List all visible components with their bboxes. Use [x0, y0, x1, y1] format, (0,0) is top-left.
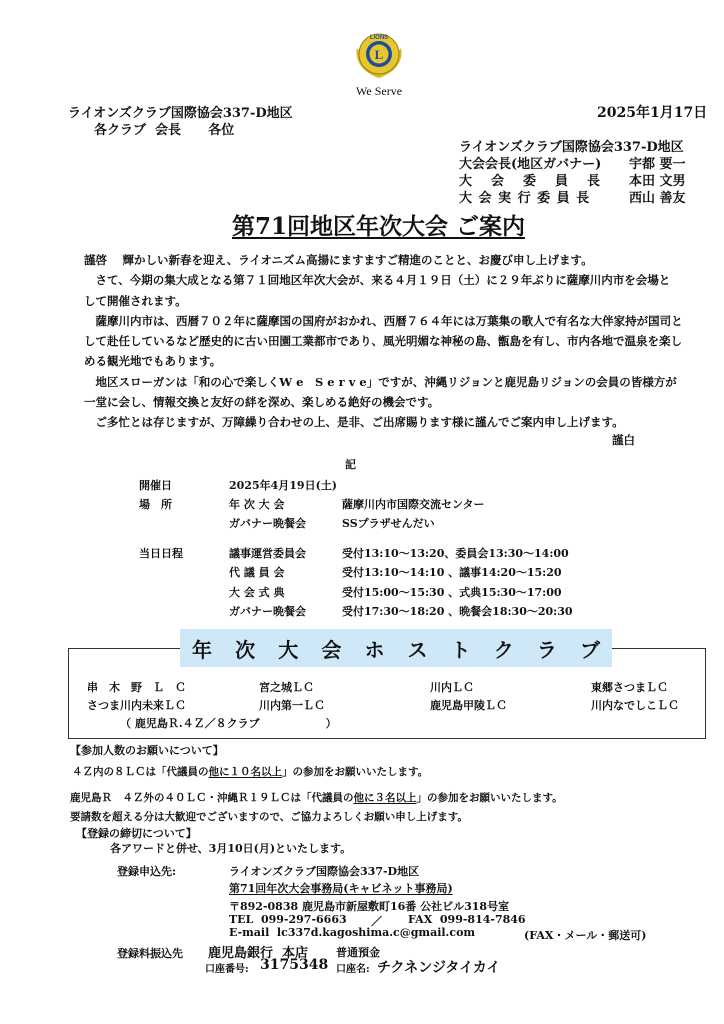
banner-char: ブ	[580, 634, 600, 663]
venue-label: 場 所	[139, 496, 172, 512]
letter-line: さて、今期の集大成となる第７１回地区年次大会が、来る４月１９日（土）に２９年ぶり…	[84, 270, 683, 290]
banner-char: 年	[192, 634, 212, 663]
banner-char: ス	[408, 634, 428, 663]
text: ４Ｚ内の８ＬＣは「代議員の	[72, 766, 209, 778]
participation-heading: 【参加人数のお願いについて】	[70, 742, 224, 758]
registration-fax: FAX 099-814-7846	[408, 913, 526, 926]
host-club: 川内ＬＣ	[430, 679, 474, 695]
motto: We Serve	[356, 84, 402, 99]
host-club: 川内なでしこＬＣ	[591, 697, 679, 713]
letter-line: 薩摩川内市は、西暦７０２年に薩摩国の国府がおかれ、西暦７６４年には万葉集の歌人で…	[84, 311, 683, 331]
deadline-heading: 【登録の締切について】	[76, 825, 197, 841]
lions-club-logo-icon: L LIONS	[353, 28, 405, 84]
registration-office: 第71回年次大会事務局(キャビネット事務局)	[229, 880, 453, 896]
schedule-event-2: 代 議 員 会	[229, 564, 285, 580]
schedule-time-4: 受付17:30～18:20 、晩餐会18:30～20:30	[342, 603, 573, 619]
schedule-event-1: 議事運営委員会	[229, 545, 306, 561]
schedule-event-3: 大 会 式 典	[229, 584, 285, 600]
banner-char: 次	[235, 634, 255, 663]
venue-place-1: 薩摩川内市国際交流センター	[342, 496, 485, 512]
host-club: 川内第一ＬＣ	[259, 697, 325, 713]
schedule-label: 当日日程	[139, 545, 183, 561]
letter-date: 2025年1月17日	[597, 102, 707, 122]
svg-text:LIONS: LIONS	[370, 35, 388, 41]
sender-role-3: 大 会 実 行 委 員 長	[459, 187, 590, 206]
participation-line-2: 鹿児島Ｒ ４Ｚ外の４０ＬＣ・沖縄Ｒ１９ＬＣは「代議員の他に３名以上」の参加をお願…	[70, 790, 563, 805]
letter-line: 謹啓 輝かしい新春を迎え、ライオニズム高揚にますますご精進のことと、お慶び申し上…	[84, 250, 683, 270]
banner-char: 大	[278, 634, 298, 663]
emphasis: 他に１０名以上	[209, 766, 283, 778]
letter-line: して赴任しているなど歴史的に古い田園工業都市であり、風光明媚な神秘の島、甑島を有…	[84, 331, 683, 351]
host-club: さつま川内未来ＬＣ	[87, 697, 186, 713]
date-label: 開催日	[139, 477, 172, 493]
schedule-time-3: 受付15:00～15:30 、式典15:30～17:00	[342, 584, 562, 600]
letter-line: 地区スローガンは「和の心で楽しくW e S e r v e」ですが、沖縄リジョン…	[84, 372, 683, 392]
host-club: 宮之城ＬＣ	[259, 679, 314, 695]
account-name: チクネンジタイカイ	[377, 957, 500, 977]
account-no-label: 口座番号:	[205, 960, 249, 975]
svg-text:L: L	[375, 47, 384, 62]
registration-email[interactable]: E-mail lc337d.kagoshima.c@gmail.com	[229, 926, 475, 939]
banner-char: ト	[451, 634, 471, 663]
venue-event-2: ガバナー晩餐会	[229, 515, 306, 531]
registration-org: ライオンズクラブ国際協会337-D地区	[229, 863, 419, 879]
host-clubs-banner: 年 次 大 会 ホ ス ト ク ラ ブ	[180, 629, 612, 667]
letter-line: ご多忙とは存じますが、万障繰り合わせの上、是非、ご出席賜ります様に謹んでご案内申…	[84, 412, 683, 432]
venue-event-1: 年 次 大 会	[229, 496, 285, 512]
registration-label: 登録申込先:	[117, 863, 176, 879]
host-club: 鹿児島甲陵ＬＣ	[430, 697, 507, 713]
emphasis: 他に３名以上	[354, 792, 417, 804]
host-club: 串 木 野 Ｌ Ｃ	[87, 679, 186, 695]
letter-line: める観光地でもあります。	[84, 351, 683, 371]
sender-name-3: 西山 善友	[629, 187, 686, 206]
schedule-time-2: 受付13:10～14:10 、議事14:20～15:20	[342, 564, 562, 580]
banner-char: 会	[321, 634, 341, 663]
participation-line-1: ４Ｚ内の８ＬＣは「代議員の他に１０名以上」の参加をお願いいたします。	[72, 764, 428, 779]
event-date: 2025年4月19日(土)	[229, 477, 337, 493]
ki-marker: 記	[345, 456, 356, 472]
venue-place-2: SSプラザせんだい	[342, 515, 435, 531]
account-number: 3175348	[260, 957, 328, 973]
recipient: 各クラブ 会長 各位	[94, 119, 234, 138]
banner-char: ホ	[364, 634, 384, 663]
host-club: 東郷さつまＬＣ	[591, 679, 668, 695]
account-type: 普通預金	[336, 944, 380, 960]
banner-char: ラ	[537, 634, 557, 663]
banner-char: ク	[494, 634, 514, 663]
payment-label: 登録料振込先	[117, 945, 183, 961]
letter-line: して開催されます。	[84, 291, 683, 311]
text: 」の参加をお願いいたします。	[417, 792, 563, 804]
closing: 謹白	[612, 430, 635, 450]
account-name-label: 口座名:	[336, 960, 370, 975]
letter-line: 一堂に会し、情報交換と友好の絆を深め、楽しめる絶好の機会です。	[84, 392, 683, 412]
schedule-event-4: ガバナー晩餐会	[229, 603, 306, 619]
page-title: 第71回地区年次大会 ご案内	[232, 208, 525, 241]
host-clubs-note: （ 鹿児島Ｒ.４Ｚ／８クラブ ）	[120, 715, 337, 731]
schedule-time-1: 受付13:10～13:20、委員会13:30～14:00	[342, 545, 569, 561]
participation-line-3: 要請数を超える分は大歓迎でございますので、ご協力よろしくお願い申し上げます。	[70, 809, 468, 824]
deadline-text: 各アワードと併せ、3月10日(月)といたします。	[110, 840, 351, 856]
text: 」の参加をお願いいたします。	[282, 766, 428, 778]
registration-address: 〒892-0838 鹿児島市新屋敷町16番 公社ビル318号室	[229, 898, 509, 914]
letter-body: 謹啓 輝かしい新春を迎え、ライオニズム高揚にますますご精進のことと、お慶び申し上…	[84, 250, 683, 433]
registration-tel: TEL 099-297-6663	[229, 913, 347, 926]
text: 鹿児島Ｒ ４Ｚ外の４０ＬＣ・沖縄Ｒ１９ＬＣは「代議員の	[70, 792, 354, 804]
registration-methods: (FAX・メール・郵送可)	[524, 927, 646, 943]
